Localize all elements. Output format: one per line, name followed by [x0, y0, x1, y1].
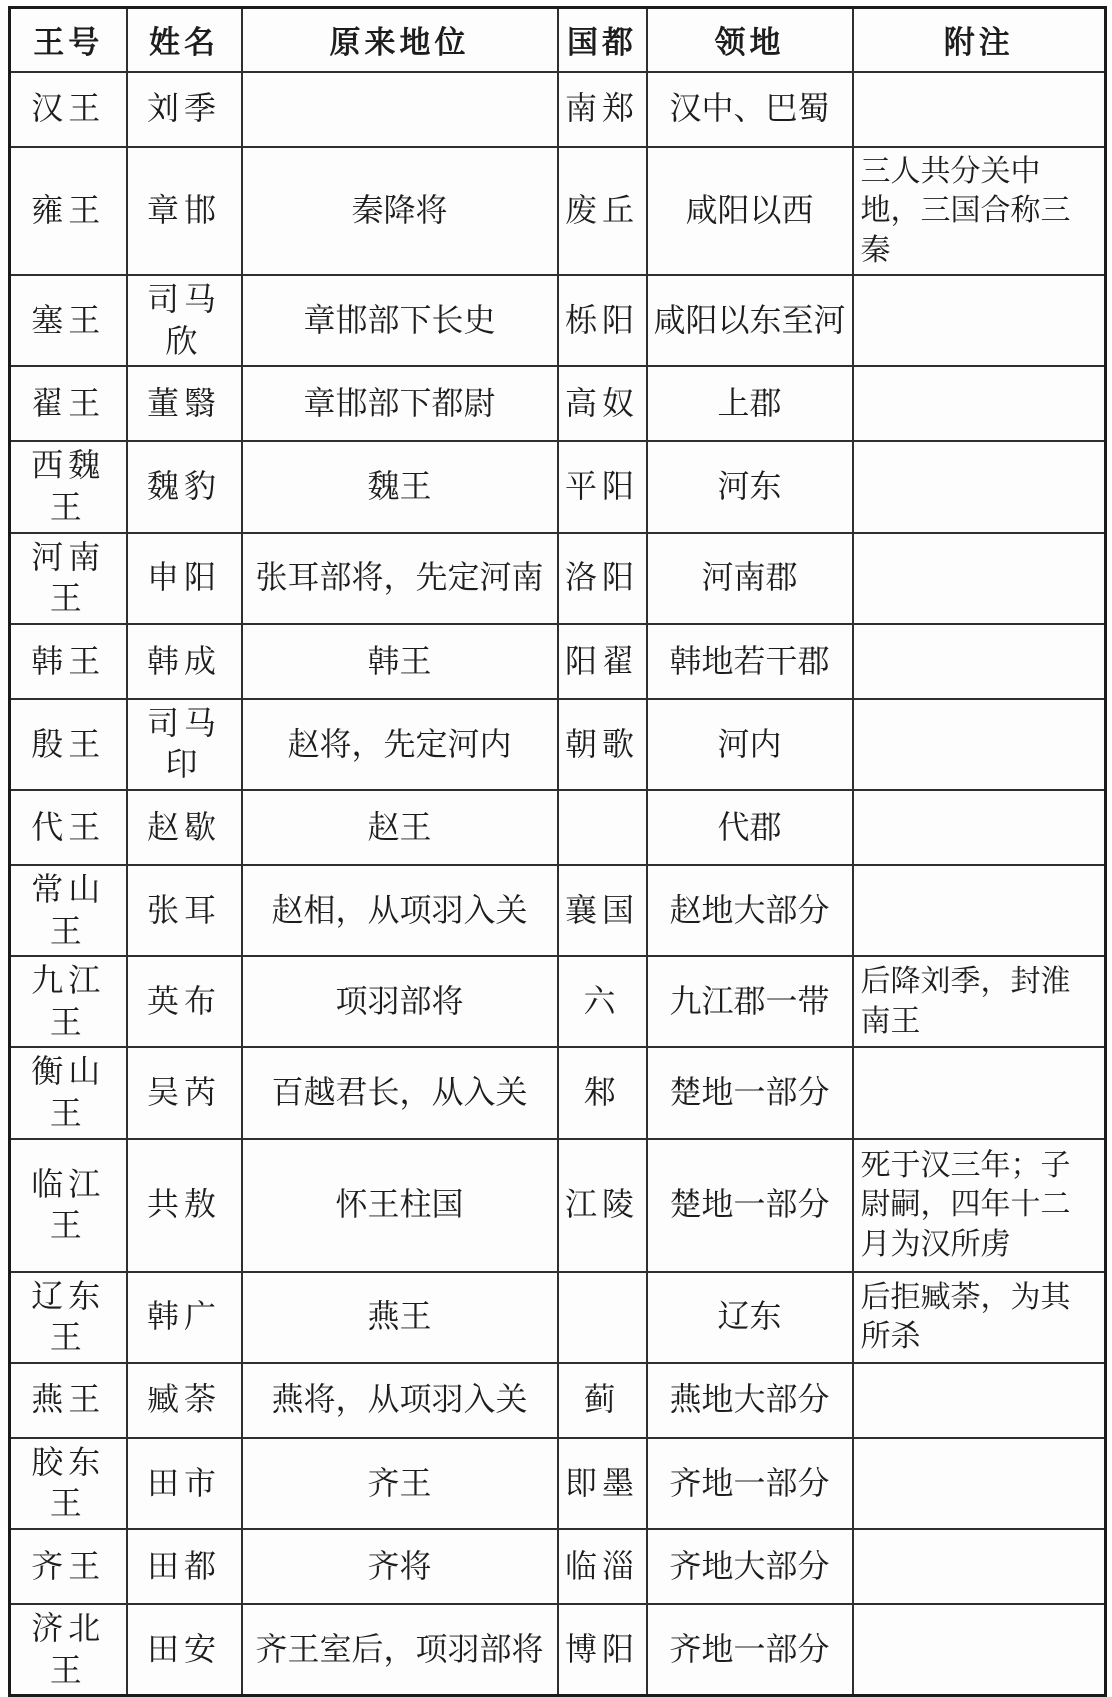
column-header-former-status: 原来地位	[242, 8, 558, 72]
cell-territory: 辽东	[647, 1272, 853, 1363]
cell-king-title: 西魏王	[10, 441, 127, 532]
cell-territory: 燕地大部分	[647, 1363, 853, 1438]
table-row-16: 齐王田都齐将临淄齐地大部分	[10, 1529, 1106, 1604]
cell-notes	[853, 275, 1106, 366]
table-row-1: 雍王章邯秦降将废丘咸阳以西三人共分关中地，三国合称三秦	[10, 147, 1106, 276]
table-row-12: 临江王共敖怀王柱国江陵楚地一部分死于汉三年；子尉嗣，四年十二月为汉所虏	[10, 1139, 1106, 1272]
cell-name: 司马欣	[127, 275, 242, 366]
cell-notes	[853, 1438, 1106, 1529]
column-header-notes: 附注	[853, 8, 1106, 72]
cell-former-status: 项羽部将	[242, 956, 558, 1047]
table-row-7: 殷王司马印赵将，先定河内朝歌河内	[10, 699, 1106, 790]
cell-king-title: 韩王	[10, 624, 127, 699]
cell-territory: 咸阳以东至河	[647, 275, 853, 366]
cell-notes	[853, 533, 1106, 624]
cell-name: 刘季	[127, 72, 242, 147]
cell-name: 董翳	[127, 366, 242, 441]
cell-king-title: 代王	[10, 790, 127, 865]
cell-former-status: 齐王	[242, 1438, 558, 1529]
cell-king-title: 殷王	[10, 699, 127, 790]
cell-former-status: 章邯部下长史	[242, 275, 558, 366]
cell-former-status: 燕将，从项羽入关	[242, 1363, 558, 1438]
cell-name: 共敖	[127, 1139, 242, 1272]
cell-name: 赵歇	[127, 790, 242, 865]
column-header-king-title: 王号	[10, 8, 127, 72]
cell-king-title: 汉王	[10, 72, 127, 147]
cell-capital	[558, 790, 647, 865]
cell-former-status: 齐王室后，项羽部将	[242, 1604, 558, 1696]
cell-territory: 赵地大部分	[647, 865, 853, 956]
table-row-8: 代王赵歇赵王代郡	[10, 790, 1106, 865]
cell-king-title: 河南王	[10, 533, 127, 624]
cell-capital: 襄国	[558, 865, 647, 956]
cell-name: 申阳	[127, 533, 242, 624]
cell-king-title: 常山王	[10, 865, 127, 956]
cell-territory: 韩地若干郡	[647, 624, 853, 699]
cell-former-status: 百越君长，从入关	[242, 1047, 558, 1138]
cell-name: 章邯	[127, 147, 242, 276]
cell-territory: 河内	[647, 699, 853, 790]
cell-territory: 齐地一部分	[647, 1604, 853, 1696]
cell-name: 英布	[127, 956, 242, 1047]
cell-name: 韩成	[127, 624, 242, 699]
table-row-6: 韩王韩成韩王阳翟韩地若干郡	[10, 624, 1106, 699]
cell-notes	[853, 72, 1106, 147]
cell-capital: 蓟	[558, 1363, 647, 1438]
cell-king-title: 齐王	[10, 1529, 127, 1604]
cell-former-status: 韩王	[242, 624, 558, 699]
cell-notes: 死于汉三年；子尉嗣，四年十二月为汉所虏	[853, 1139, 1106, 1272]
cell-king-title: 翟王	[10, 366, 127, 441]
cell-name: 韩广	[127, 1272, 242, 1363]
cell-former-status: 秦降将	[242, 147, 558, 276]
table-row-11: 衡山王吴芮百越君长，从入关邾楚地一部分	[10, 1047, 1106, 1138]
cell-former-status: 齐将	[242, 1529, 558, 1604]
cell-former-status	[242, 72, 558, 147]
cell-king-title: 辽东王	[10, 1272, 127, 1363]
cell-name: 田都	[127, 1529, 242, 1604]
column-header-name: 姓名	[127, 8, 242, 72]
cell-former-status: 赵王	[242, 790, 558, 865]
cell-notes	[853, 865, 1106, 956]
cell-capital: 邾	[558, 1047, 647, 1138]
cell-king-title: 胶东王	[10, 1438, 127, 1529]
cell-name: 张耳	[127, 865, 242, 956]
table-row-15: 胶东王田市齐王即墨齐地一部分	[10, 1438, 1106, 1529]
table-row-4: 西魏王魏豹魏王平阳河东	[10, 441, 1106, 532]
cell-name: 田安	[127, 1604, 242, 1696]
cell-capital: 博阳	[558, 1604, 647, 1696]
cell-name: 臧荼	[127, 1363, 242, 1438]
cell-king-title: 临江王	[10, 1139, 127, 1272]
table-header: 王号姓名原来地位国都领地附注	[10, 8, 1106, 72]
cell-name: 司马印	[127, 699, 242, 790]
cell-territory: 代郡	[647, 790, 853, 865]
cell-territory: 齐地大部分	[647, 1529, 853, 1604]
cell-capital: 栎阳	[558, 275, 647, 366]
column-header-capital: 国都	[558, 8, 647, 72]
table-row-17: 济北王田安齐王室后，项羽部将博阳齐地一部分	[10, 1604, 1106, 1696]
table-row-14: 燕王臧荼燕将，从项羽入关蓟燕地大部分	[10, 1363, 1106, 1438]
cell-territory: 咸阳以西	[647, 147, 853, 276]
table-row-5: 河南王申阳张耳部将，先定河南洛阳河南郡	[10, 533, 1106, 624]
cell-capital: 六	[558, 956, 647, 1047]
table-row-13: 辽东王韩广燕王辽东后拒臧荼，为其所杀	[10, 1272, 1106, 1363]
cell-territory: 九江郡一带	[647, 956, 853, 1047]
cell-king-title: 济北王	[10, 1604, 127, 1696]
table-row-10: 九江王英布项羽部将六九江郡一带后降刘季，封淮南王	[10, 956, 1106, 1047]
cell-former-status: 怀王柱国	[242, 1139, 558, 1272]
cell-king-title: 塞王	[10, 275, 127, 366]
cell-former-status: 燕王	[242, 1272, 558, 1363]
cell-king-title: 衡山王	[10, 1047, 127, 1138]
table-row-9: 常山王张耳赵相，从项羽入关襄国赵地大部分	[10, 865, 1106, 956]
cell-notes: 后拒臧荼，为其所杀	[853, 1272, 1106, 1363]
table-body: 汉王刘季南郑汉中、巴蜀雍王章邯秦降将废丘咸阳以西三人共分关中地，三国合称三秦塞王…	[10, 72, 1106, 1696]
cell-notes	[853, 1529, 1106, 1604]
cell-king-title: 雍王	[10, 147, 127, 276]
cell-territory: 楚地一部分	[647, 1139, 853, 1272]
cell-capital: 阳翟	[558, 624, 647, 699]
header-row: 王号姓名原来地位国都领地附注	[10, 8, 1106, 72]
cell-territory: 齐地一部分	[647, 1438, 853, 1529]
cell-capital: 朝歌	[558, 699, 647, 790]
cell-former-status: 赵将，先定河内	[242, 699, 558, 790]
cell-notes	[853, 624, 1106, 699]
cell-notes	[853, 699, 1106, 790]
cell-territory: 上郡	[647, 366, 853, 441]
cell-former-status: 魏王	[242, 441, 558, 532]
cell-capital: 高奴	[558, 366, 647, 441]
cell-name: 田市	[127, 1438, 242, 1529]
cell-capital: 即墨	[558, 1438, 647, 1529]
cell-former-status: 赵相，从项羽入关	[242, 865, 558, 956]
cell-capital: 南郑	[558, 72, 647, 147]
cell-capital: 江陵	[558, 1139, 647, 1272]
cell-notes	[853, 1604, 1106, 1696]
cell-king-title: 九江王	[10, 956, 127, 1047]
column-header-territory: 领地	[647, 8, 853, 72]
cell-notes: 后降刘季，封淮南王	[853, 956, 1106, 1047]
cell-notes	[853, 441, 1106, 532]
cell-territory: 河南郡	[647, 533, 853, 624]
cell-name: 吴芮	[127, 1047, 242, 1138]
cell-notes	[853, 366, 1106, 441]
cell-capital	[558, 1272, 647, 1363]
scanned-page: 王号姓名原来地位国都领地附注 汉王刘季南郑汉中、巴蜀雍王章邯秦降将废丘咸阳以西三…	[0, 0, 1112, 1527]
table-row-0: 汉王刘季南郑汉中、巴蜀	[10, 72, 1106, 147]
cell-notes	[853, 1363, 1106, 1438]
cell-territory: 楚地一部分	[647, 1047, 853, 1138]
cell-notes	[853, 790, 1106, 865]
cell-name: 魏豹	[127, 441, 242, 532]
cell-capital: 洛阳	[558, 533, 647, 624]
cell-territory: 汉中、巴蜀	[647, 72, 853, 147]
cell-territory: 河东	[647, 441, 853, 532]
cell-former-status: 张耳部将，先定河南	[242, 533, 558, 624]
cell-notes	[853, 1047, 1106, 1138]
table-row-3: 翟王董翳章邯部下都尉高奴上郡	[10, 366, 1106, 441]
cell-notes: 三人共分关中地，三国合称三秦	[853, 147, 1106, 276]
cell-capital: 临淄	[558, 1529, 647, 1604]
cell-king-title: 燕王	[10, 1363, 127, 1438]
cell-capital: 废丘	[558, 147, 647, 276]
cell-former-status: 章邯部下都尉	[242, 366, 558, 441]
table-row-2: 塞王司马欣章邯部下长史栎阳咸阳以东至河	[10, 275, 1106, 366]
cell-capital: 平阳	[558, 441, 647, 532]
kings-table: 王号姓名原来地位国都领地附注 汉王刘季南郑汉中、巴蜀雍王章邯秦降将废丘咸阳以西三…	[8, 6, 1107, 1697]
